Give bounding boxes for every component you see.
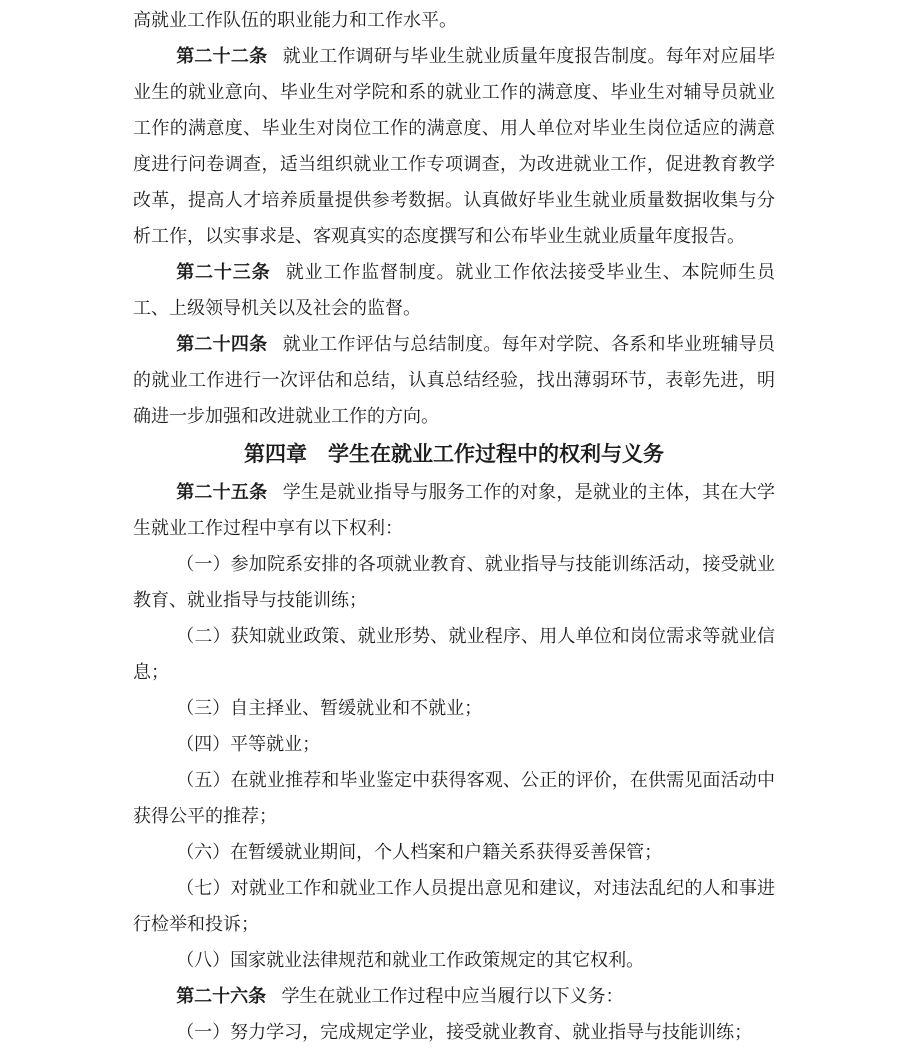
list-item-text: （一）努力学习，完成规定学业，接受就业教育、就业指导与技能训练； [176, 1022, 752, 1042]
article-number: 第二十四条 [176, 334, 267, 354]
article-number: 第二十二条 [176, 46, 267, 66]
list-item-rights-2: （二）获知就业政策、就业形势、就业程序、用人单位和岗位需求等就业信息； [133, 618, 775, 690]
paragraph-text: 高就业工作队伍的职业能力和工作水平。 [133, 10, 457, 30]
article-number: 第二十六条 [176, 986, 266, 1006]
article-number: 第二十三条 [176, 262, 270, 282]
list-item-text: （四）平等就业； [176, 734, 320, 754]
list-item-rights-8: （八）国家就业法律规范和就业工作政策规定的其它权利。 [133, 942, 775, 978]
article-number: 第二十五条 [176, 482, 267, 502]
paragraph-article-25: 第二十五条学生是就业指导与服务工作的对象，是就业的主体，其在大学生就业工作过程中… [133, 474, 775, 546]
list-item-text: （六）在暂缓就业期间，个人档案和户籍关系获得妥善保管； [176, 842, 662, 862]
list-item-rights-3: （三）自主择业、暂缓就业和不就业； [133, 690, 775, 726]
list-item-text: （八）国家就业法律规范和就业工作政策规定的其它权利。 [176, 950, 644, 970]
paragraph-article-22: 第二十二条就业工作调研与毕业生就业质量年度报告制度。每年对应届毕业生的就业意向、… [133, 38, 775, 254]
list-item-duties-1: （一）努力学习，完成规定学业，接受就业教育、就业指导与技能训练； [133, 1014, 775, 1050]
article-text: 学生在就业工作过程中应当履行以下义务： [281, 986, 623, 1006]
list-item-text: （二）获知就业政策、就业形势、就业程序、用人单位和岗位需求等就业信息； [133, 626, 775, 682]
list-item-rights-6: （六）在暂缓就业期间，个人档案和户籍关系获得妥善保管； [133, 834, 775, 870]
list-item-text: （七）对就业工作和就业工作人员提出意见和建议，对违法乱纪的人和事进行检举和投诉； [133, 878, 775, 934]
list-item-rights-5: （五）在就业推荐和毕业鉴定中获得客观、公正的评价，在供需见面活动中获得公平的推荐… [133, 762, 775, 834]
document-page: 高就业工作队伍的职业能力和工作水平。 第二十二条就业工作调研与毕业生就业质量年度… [0, 0, 900, 1052]
list-item-text: （一）参加院系安排的各项就业教育、就业指导与技能训练活动，接受就业教育、就业指导… [133, 554, 775, 610]
list-item-text: （三）自主择业、暂缓就业和不就业； [176, 698, 482, 718]
paragraph-article-24: 第二十四条就业工作评估与总结制度。每年对学院、各系和毕业班辅导员的就业工作进行一… [133, 326, 775, 434]
paragraph-continuation: 高就业工作队伍的职业能力和工作水平。 [133, 2, 775, 38]
paragraph-article-26: 第二十六条学生在就业工作过程中应当履行以下义务： [133, 978, 775, 1014]
paragraph-article-23: 第二十三条就业工作监督制度。就业工作依法接受毕业生、本院师生员工、上级领导机关以… [133, 254, 775, 326]
chapter-heading: 第四章 学生在就业工作过程中的权利与义务 [133, 434, 775, 474]
list-item-rights-4: （四）平等就业； [133, 726, 775, 762]
list-item-text: （五）在就业推荐和毕业鉴定中获得客观、公正的评价，在供需见面活动中获得公平的推荐… [133, 770, 775, 826]
article-text: 就业工作调研与毕业生就业质量年度报告制度。每年对应届毕业生的就业意向、毕业生对学… [133, 46, 775, 246]
list-item-rights-7: （七）对就业工作和就业工作人员提出意见和建议，对违法乱纪的人和事进行检举和投诉； [133, 870, 775, 942]
list-item-rights-1: （一）参加院系安排的各项就业教育、就业指导与技能训练活动，接受就业教育、就业指导… [133, 546, 775, 618]
